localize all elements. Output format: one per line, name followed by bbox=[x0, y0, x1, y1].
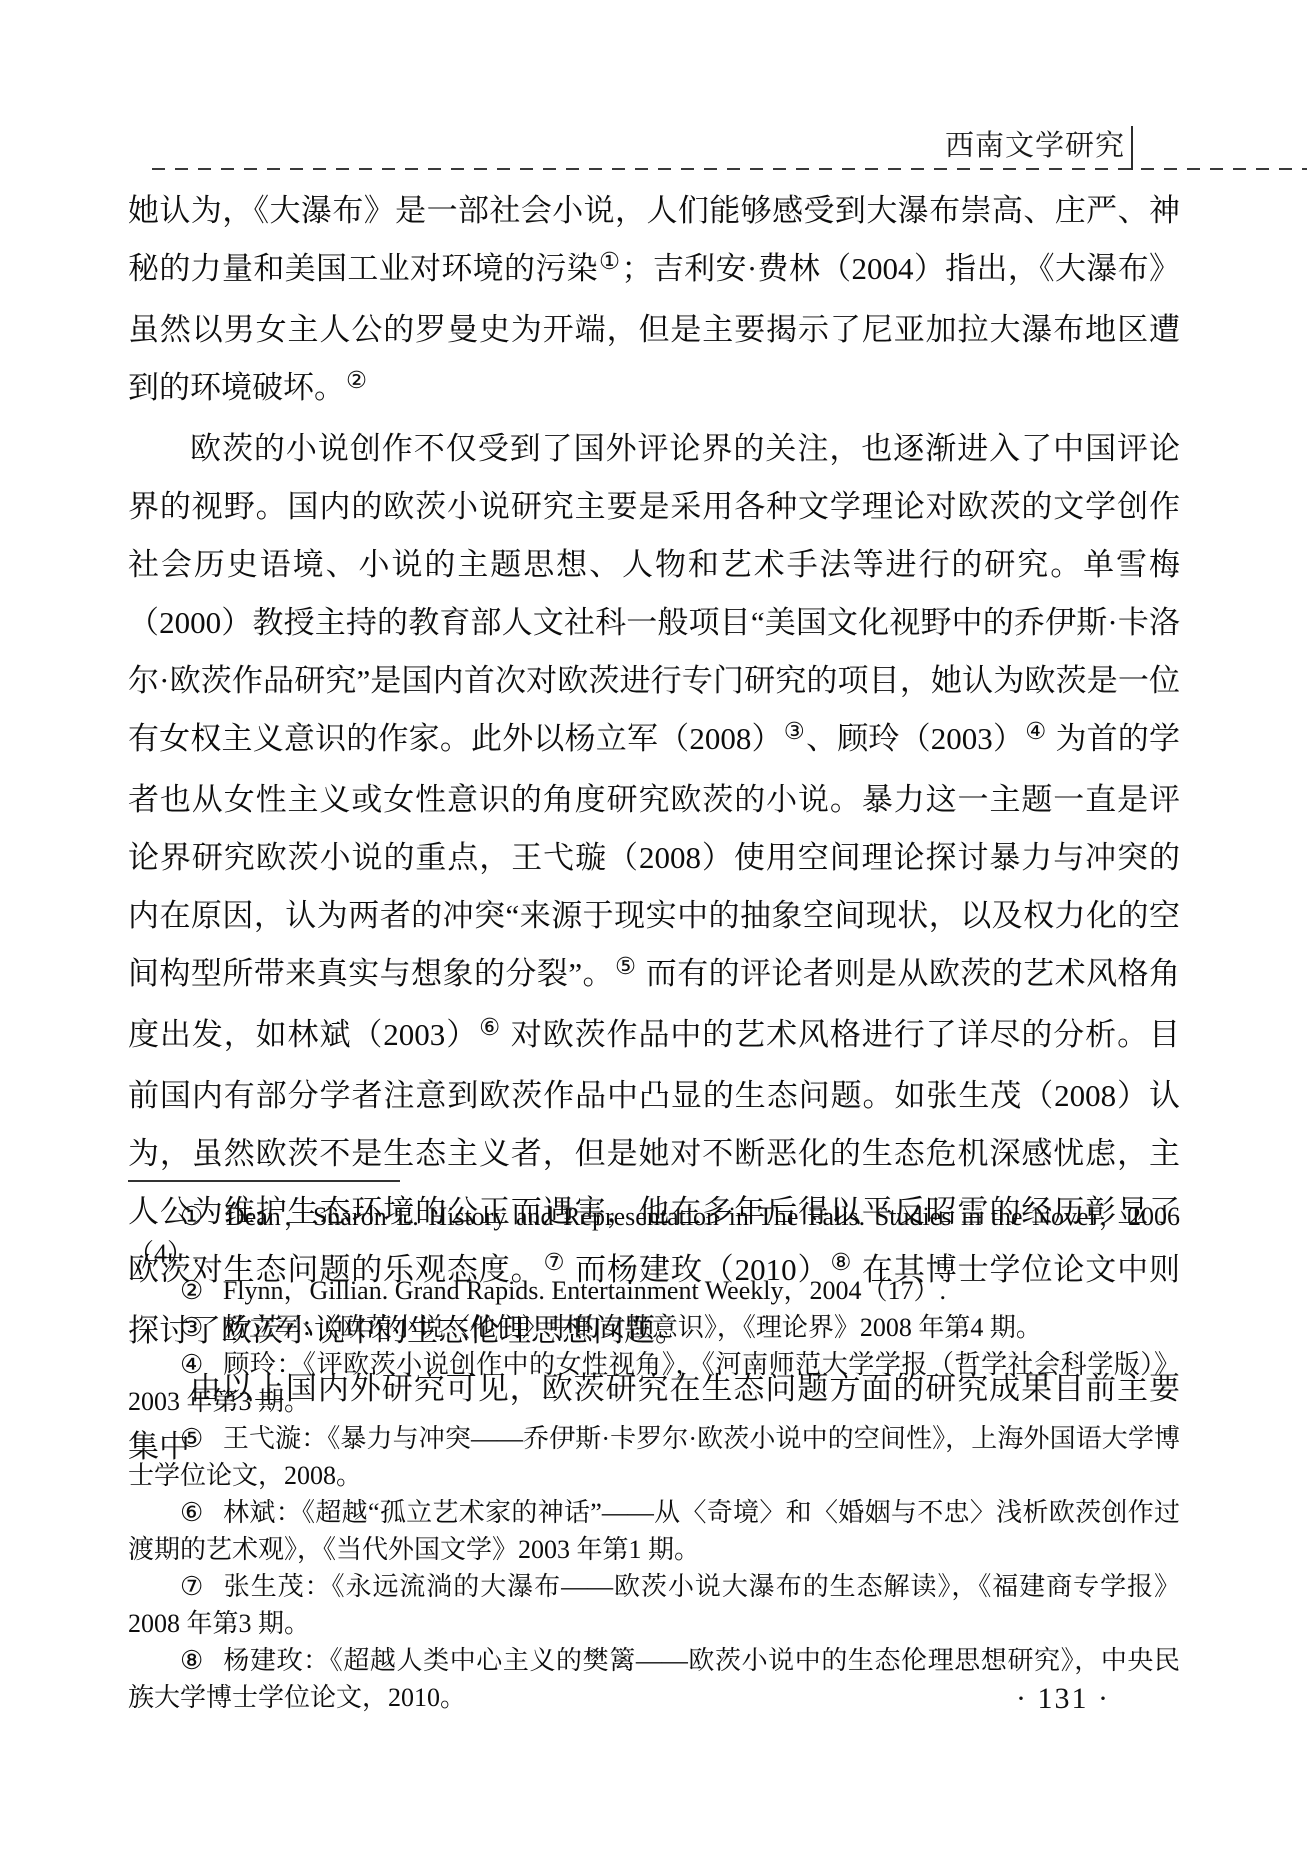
footnote-marker: ⑤ bbox=[180, 1424, 203, 1453]
header-divider-bar bbox=[1131, 126, 1133, 170]
footnote-marker: ⑥ bbox=[180, 1498, 204, 1527]
page-number: · 131 · bbox=[1016, 1682, 1110, 1716]
footnote: ②Flynn，Gillian. Grand Rapids. Entertainm… bbox=[128, 1272, 1180, 1309]
footnote-marker: ① bbox=[180, 1202, 206, 1231]
footnote: ⑤王弋漩：《暴力与冲突——乔伊斯·卡罗尔·欧茨小说中的空间性》，上海外国语大学博… bbox=[128, 1420, 1180, 1494]
footnote: ①Dean，Sharon L. History and Representati… bbox=[128, 1198, 1180, 1272]
footnote-ref: ⑥ bbox=[478, 1015, 502, 1041]
footnote: ③杨立军：《欧茨小说〈他们〉中的女性意识》，《理论界》2008 年第4 期。 bbox=[128, 1309, 1180, 1346]
footnote-ref: ⑤ bbox=[614, 954, 638, 980]
running-head-title: 西南文学研究 bbox=[945, 124, 1125, 168]
book-page: 西南文学研究 她认为，《大瀑布》是一部社会小说，人们能够感受到大瀑布崇高、庄严、… bbox=[0, 0, 1307, 1859]
footnote-marker: ② bbox=[180, 1276, 203, 1305]
footnote-marker: ④ bbox=[180, 1350, 204, 1379]
footnote-separator bbox=[128, 1180, 400, 1182]
footnote-marker: ⑦ bbox=[180, 1572, 204, 1601]
footnote: ④顾玲：《评欧茨小说创作中的女性视角》，《河南师范大学学报（哲学社会科学版）》2… bbox=[128, 1346, 1180, 1420]
footnote-ref: ② bbox=[345, 368, 368, 394]
footnote-marker: ⑧ bbox=[180, 1646, 204, 1675]
paragraph: 她认为，《大瀑布》是一部社会小说，人们能够感受到大瀑布崇高、庄严、神秘的力量和美… bbox=[128, 182, 1180, 420]
footnote: ⑦张生茂：《永远流淌的大瀑布——欧茨小说大瀑布的生态解读》，《福建商专学报》20… bbox=[128, 1568, 1180, 1642]
footnotes-block: ①Dean，Sharon L. History and Representati… bbox=[128, 1198, 1180, 1716]
footnote-ref: ③ bbox=[783, 719, 806, 745]
footnote-marker: ③ bbox=[180, 1313, 203, 1342]
header-dashed-rule bbox=[152, 168, 1307, 170]
footnote-ref: ④ bbox=[1024, 719, 1047, 745]
footnote: ⑥林斌：《超越“孤立艺术家的神话”——从〈奇境〉和〈婚姻与不忠〉浅析欧茨创作过渡… bbox=[128, 1494, 1180, 1568]
footnote-ref: ① bbox=[598, 249, 621, 275]
